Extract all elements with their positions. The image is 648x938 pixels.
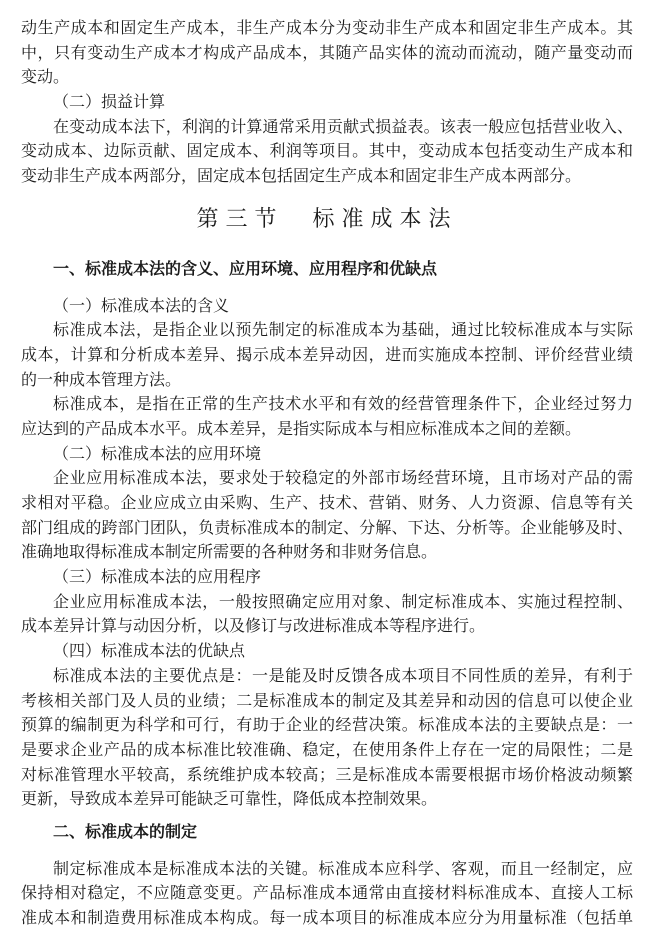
- body-line: 动生产成本和固定生产成本，非生产成本分为变动非生产成本和固定非生产成本。其: [21, 17, 633, 42]
- body-line: 制定标准成本是标准成本法的关键。标准成本应科学、客观，而且一经制定，应: [21, 858, 633, 883]
- subheading-line: （二）损益计算: [21, 91, 633, 116]
- document-page: 动生产成本和固定生产成本，非生产成本分为变动非生产成本和固定非生产成本。其 中，…: [0, 0, 648, 938]
- body-line: 变动成本、边际贡献、固定成本、利润等项目。其中，变动成本包括变动生产成本和: [21, 140, 633, 165]
- body-line: 部门组成的跨部门团队，负责标准成本的制定、分解、下达、分析等。企业能够及时、: [21, 517, 633, 542]
- body-line: 标准成本法，是指企业以预先制定的标准成本为基础，通过比较标准成本与实际: [21, 319, 633, 344]
- body-line: 变动。: [21, 66, 633, 91]
- subheading-line: （一）标准成本法的含义: [21, 295, 633, 320]
- body-line: 中，只有变动生产成本才构成产品成本，其随产品实体的流动而流动，随产量变动而: [21, 42, 633, 67]
- body-line: 标准成本，是指在正常的生产技术水平和有效的经营管理条件下，企业经过努力: [21, 393, 633, 418]
- body-line: 准确地取得标准成本制定所需要的各种财务和非财务信息。: [21, 541, 633, 566]
- body-line: 应达到的产品成本水平。成本差异，是指实际成本与相应标准成本之间的差额。: [21, 418, 633, 443]
- body-line: 企业应用标准成本法，一般按照确定应用对象、制定标准成本、实施过程控制、: [21, 591, 633, 616]
- body-line: 更新，导致成本差异可能缺乏可靠性，降低成本控制效果。: [21, 788, 633, 813]
- body-line: 准成本和制造费用标准成本构成。每一成本项目的标准成本应分为用量标准（包括单: [21, 907, 633, 932]
- body-line: 保持相对稳定，不应随意变更。产品标准成本通常由直接材料标准成本、直接人工标: [21, 882, 633, 907]
- body-line: 成本差异计算与动因分析，以及修订与改进标准成本等程序进行。: [21, 615, 633, 640]
- body-line: 成本，计算和分析成本差异、揭示成本差异动因，进而实施成本控制、评价经营业绩: [21, 344, 633, 369]
- body-line: 标准成本法的主要优点是：一是能及时反馈各成本项目不同性质的差异，有利于: [21, 665, 633, 690]
- body-line: 求相对平稳。企业应成立由采购、生产、技术、营销、财务、人力资源、信息等有关: [21, 492, 633, 517]
- subheading-line: （二）标准成本法的应用环境: [21, 443, 633, 468]
- body-line: 在变动成本法下，利润的计算通常采用贡献式损益表。该表一般应包括营业收入、: [21, 116, 633, 141]
- body-line: 是要求企业产品的成本标准比较准确、稳定，在使用条件上存在一定的局限性；二是: [21, 739, 633, 764]
- subheading-line: （三）标准成本法的应用程序: [21, 566, 633, 591]
- body-line: 对标准管理水平较高，系统维护成本较高；三是标准成本需要根据市场价格波动频繁: [21, 764, 633, 789]
- section-title: 第三节 标准成本法: [21, 204, 633, 234]
- body-line: 的一种成本管理方法。: [21, 369, 633, 394]
- body-line: 企业应用标准成本法，要求处于较稳定的外部市场经营环境，且市场对产品的需: [21, 467, 633, 492]
- body-line: 预算的编制更为科学和可行，有助于企业的经营决策。标准成本法的主要缺点是：一: [21, 714, 633, 739]
- body-line: 考核相关部门及人员的业绩；二是标准成本的制定及其差异和动因的信息可以使企业: [21, 690, 633, 715]
- body-line: 变动非生产成本两部分，固定成本包括固定生产成本和固定非生产成本两部分。: [21, 165, 633, 190]
- chapter-heading: 一、标准成本法的含义、应用环境、应用程序和优缺点: [21, 258, 633, 283]
- subheading-line: （四）标准成本法的优缺点: [21, 640, 633, 665]
- chapter-heading: 二、标准成本的制定: [21, 821, 633, 846]
